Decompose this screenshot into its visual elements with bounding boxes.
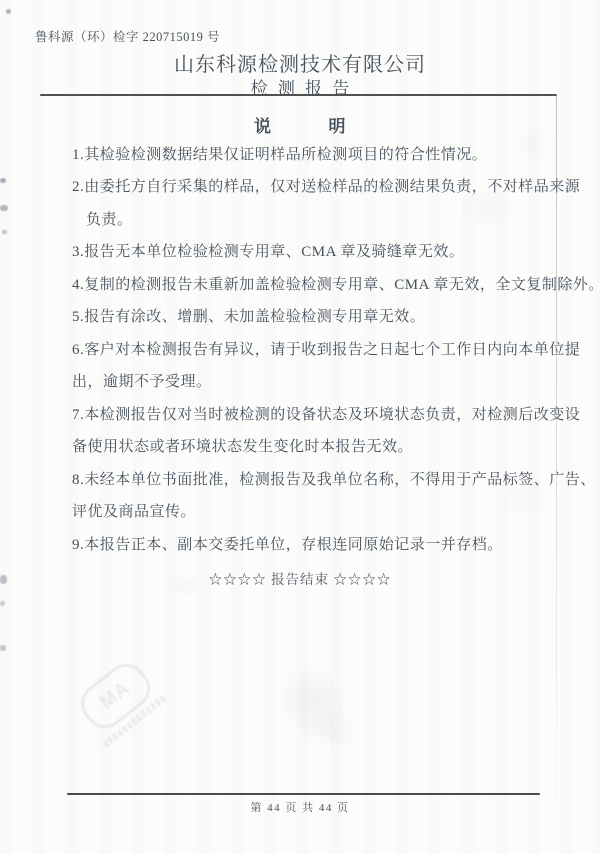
- cma-watermark-caption: [102, 694, 168, 748]
- note-line-2: 2.由委托方自行采集的样品，仅对送检样品的检测结果负责，不对样品来源: [72, 178, 580, 196]
- scanned-report-page: 鲁科源（环）检字 220715019 号 山东科源检测技术有限公司 检 测 报 …: [0, 0, 600, 854]
- scan-speck: [6, 9, 11, 14]
- company-name: 山东科源检测技术有限公司: [0, 48, 600, 77]
- scan-speck: [0, 205, 8, 211]
- note-line-6-continued: 出，逾期不予受理。: [72, 373, 212, 391]
- cma-watermark-stamp: MA: [54, 641, 218, 803]
- report-end-marker: ☆☆☆☆ 报告结束 ☆☆☆☆: [0, 568, 600, 588]
- note-line-4: 4.复制的检测报告未重新加盖检验检测专用章、CMA 章无效，全文复制除外。: [72, 276, 600, 294]
- document-number: 鲁科源（环）检字 220715019 号: [35, 27, 220, 45]
- scan-speck: [2, 230, 7, 234]
- page-edge-line: [556, 95, 557, 803]
- section-heading: 说 明: [0, 112, 600, 137]
- header-rule: [40, 94, 557, 96]
- note-line-8-continued: 评优及商品宣传。: [72, 503, 196, 521]
- note-line-2-continued: 负责。: [86, 211, 133, 229]
- footer-rule: [67, 793, 540, 795]
- note-line-7-continued: 备使用状态或者环境状态发生变化时本报告无效。: [72, 438, 413, 456]
- note-line-3: 3.报告无本单位检验检测专用章、CMA 章及骑缝章无效。: [72, 243, 464, 261]
- watermark-smudge: [300, 700, 370, 760]
- note-line-9: 9.本报告正本、副本交委托单位，存根连同原始记录一并存档。: [72, 536, 503, 554]
- note-line-5: 5.报告有涂改、增删、未加盖检验检测专用章无效。: [72, 308, 425, 326]
- cma-watermark-logo: MA: [73, 656, 158, 737]
- note-line-1: 1.其检验检测数据结果仅证明样品所检测项目的符合性情况。: [72, 146, 487, 164]
- note-line-6: 6.客户对本检测报告有异议，请于收到报告之日起七个工作日内向本单位提: [72, 341, 580, 359]
- note-line-8: 8.未经本单位书面批准，检测报告及我单位名称，不得用于产品标签、广告、: [72, 471, 596, 489]
- cma-watermark-text: MA: [96, 678, 134, 715]
- scan-speck: [0, 645, 6, 651]
- scan-speck: [0, 178, 6, 183]
- scan-speck: [0, 601, 5, 606]
- watermark-smudge: [247, 635, 378, 769]
- page-indicator: 第 44 页 共 44 页: [0, 799, 600, 815]
- watermark-smudge: [495, 455, 550, 535]
- scan-speck: [0, 575, 7, 584]
- note-line-7: 7.本检测报告仅对当时被检测的设备状态及环境状态负责，对检测后改变设: [72, 406, 580, 424]
